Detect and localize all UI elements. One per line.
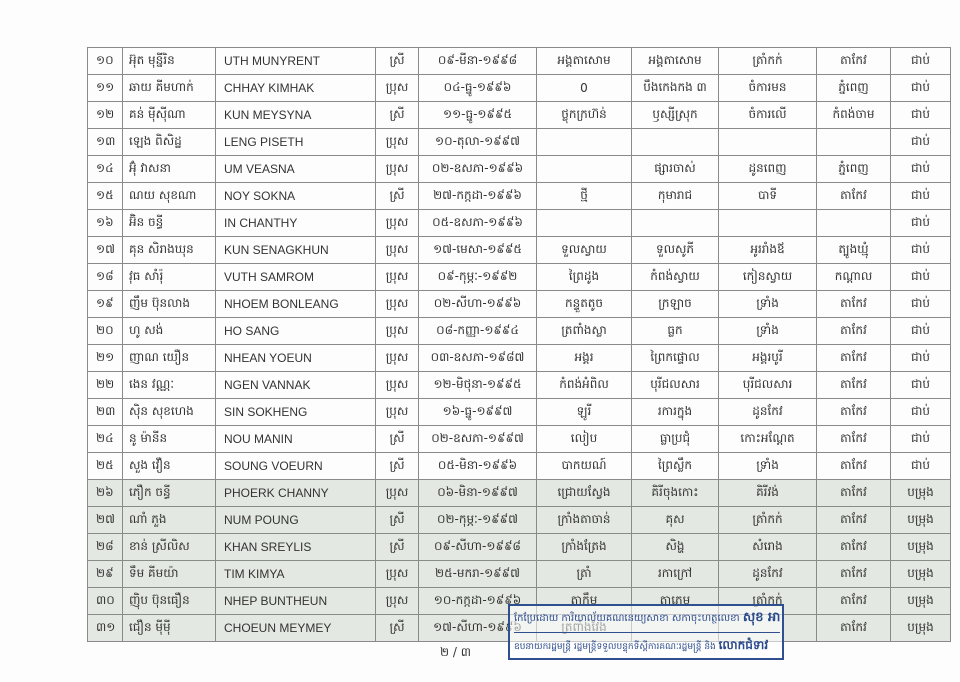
name-latin-cell: TIM KIMYA bbox=[216, 561, 376, 588]
row-number-cell: ១៩ bbox=[88, 291, 123, 318]
district-cell: ចំការមន bbox=[719, 75, 817, 102]
province-cell: តាកែវ bbox=[817, 534, 891, 561]
commune-cell: ឫស្សីស្រុក bbox=[632, 102, 719, 129]
village-cell: ព្រៃដូង bbox=[537, 264, 632, 291]
sex-cell: ស្រី bbox=[376, 183, 419, 210]
village-cell bbox=[537, 129, 632, 156]
result-status-cell: ជាប់ bbox=[891, 237, 951, 264]
district-cell: គិរីវង់ bbox=[719, 480, 817, 507]
sex-cell: ប្រុស bbox=[376, 75, 419, 102]
date-of-birth-cell: ១៧-មេសា-១៩៩៥ bbox=[419, 237, 537, 264]
province-cell: ត្បូងឃ្មុំ bbox=[817, 237, 891, 264]
name-khmer-cell: នូ ម៉ានីន bbox=[123, 426, 216, 453]
name-latin-cell: NHOEM BONLEANG bbox=[216, 291, 376, 318]
sex-cell: ស្រី bbox=[376, 48, 419, 75]
page-indicator: ២ / ៣ bbox=[440, 644, 471, 662]
date-of-birth-cell: ០៤-ធ្នូ-១៩៩៦ bbox=[419, 75, 537, 102]
province-cell bbox=[817, 210, 891, 237]
name-khmer-cell: ឆាយ គីមហាក់ bbox=[123, 75, 216, 102]
stamp-line-1-text: កែប្រែដោយ ការិយាល័យគណនេយ្យសាខា សកាចុះហត្… bbox=[514, 613, 740, 624]
row-number-cell: ១៨ bbox=[88, 264, 123, 291]
district-cell: អង្គរបូរី bbox=[719, 345, 817, 372]
name-khmer-cell: ហូ សង់ bbox=[123, 318, 216, 345]
village-cell: ថ្មី bbox=[537, 183, 632, 210]
name-latin-cell: SOUNG VOEURN bbox=[216, 453, 376, 480]
name-latin-cell: NHEP BUNTHEUN bbox=[216, 588, 376, 615]
table-row: ១៥ណយ សុខណាNOY SOKNAស្រី២៧-កក្កដា-១៩៩៦ថ្ម… bbox=[88, 183, 951, 210]
row-number-cell: ១៦ bbox=[88, 210, 123, 237]
province-cell: តាកែវ bbox=[817, 561, 891, 588]
sex-cell: ប្រុស bbox=[376, 291, 419, 318]
village-cell: ត្រាំ bbox=[537, 561, 632, 588]
province-cell: តាកែវ bbox=[817, 291, 891, 318]
row-number-cell: ២១ bbox=[88, 345, 123, 372]
sex-cell: ស្រី bbox=[376, 534, 419, 561]
result-status-cell: ជាប់ bbox=[891, 183, 951, 210]
name-khmer-cell: វុធ សាំរ៉ុ bbox=[123, 264, 216, 291]
name-latin-cell: KHAN SREYLIS bbox=[216, 534, 376, 561]
sex-cell: ប្រុស bbox=[376, 156, 419, 183]
name-khmer-cell: គន់ ម៉ីស៊ីណា bbox=[123, 102, 216, 129]
name-khmer-cell: ញាណ យឿន bbox=[123, 345, 216, 372]
table-row: ១១ឆាយ គីមហាក់CHHAY KIMHAKប្រុស០៤-ធ្នូ-១៩… bbox=[88, 75, 951, 102]
commune-cell: ធ្លាប្រជុំ bbox=[632, 426, 719, 453]
district-cell: ដូនកែវ bbox=[719, 399, 817, 426]
district-cell bbox=[719, 210, 817, 237]
stamp-title: លោកជំទាវ bbox=[719, 638, 769, 652]
village-cell: កំពង់អំពិល bbox=[537, 372, 632, 399]
sex-cell: ប្រុស bbox=[376, 372, 419, 399]
table-row: ២១ញាណ យឿនNHEAN YOEUNប្រុស០៣-ឧសភា-១៩៨៧អង្… bbox=[88, 345, 951, 372]
name-khmer-cell: ងេន វណ្ណៈ bbox=[123, 372, 216, 399]
row-number-cell: ១៥ bbox=[88, 183, 123, 210]
district-cell: ចំការលើ bbox=[719, 102, 817, 129]
village-cell: ត្រពាំងស្លា bbox=[537, 318, 632, 345]
commune-cell: ទួលសូភី bbox=[632, 237, 719, 264]
date-of-birth-cell: ០៨-កញ្ញា-១៩៩៤ bbox=[419, 318, 537, 345]
table-row: ២៤នូ ម៉ានីនNOU MANINស្រី០២-ឧសភា-១៩៩៧លៀបធ… bbox=[88, 426, 951, 453]
village-cell: លៀប bbox=[537, 426, 632, 453]
district-cell: ត្រាំកក់ bbox=[719, 48, 817, 75]
district-cell: អូររាំងឪ bbox=[719, 237, 817, 264]
sex-cell: ប្រុស bbox=[376, 561, 419, 588]
name-khmer-cell: ណយ សុខណា bbox=[123, 183, 216, 210]
name-latin-cell: LENG PISETH bbox=[216, 129, 376, 156]
table-row: ២០ហូ សង់HO SANGប្រុស០៨-កញ្ញា-១៩៩៤ត្រពាំង… bbox=[88, 318, 951, 345]
sex-cell: ស្រី bbox=[376, 507, 419, 534]
village-cell: ជ្រោយស្វែង bbox=[537, 480, 632, 507]
village-cell bbox=[537, 210, 632, 237]
sex-cell: ប្រុស bbox=[376, 588, 419, 615]
row-number-cell: ២៩ bbox=[88, 561, 123, 588]
commune-cell: សិង្ហ bbox=[632, 534, 719, 561]
province-cell: តាកែវ bbox=[817, 507, 891, 534]
village-cell: ក្រាំងតាចាន់ bbox=[537, 507, 632, 534]
village-cell: អង្គតាសោម bbox=[537, 48, 632, 75]
village-cell: ក្រាំងត្រែង bbox=[537, 534, 632, 561]
district-cell: បាទី bbox=[719, 183, 817, 210]
commune-cell: បឹងកេងកង ៣ bbox=[632, 75, 719, 102]
village-cell: បាកយណ៍ bbox=[537, 453, 632, 480]
province-cell: តាកែវ bbox=[817, 480, 891, 507]
row-number-cell: ២៧ bbox=[88, 507, 123, 534]
province-cell: តាកែវ bbox=[817, 48, 891, 75]
result-status-cell: ជាប់ bbox=[891, 345, 951, 372]
result-status-cell: បម្រុង bbox=[891, 534, 951, 561]
table-row: ១៩ញឹម ប៊ុនលាងNHOEM BONLEANGប្រុស០២-សីហា-… bbox=[88, 291, 951, 318]
result-status-cell: ជាប់ bbox=[891, 372, 951, 399]
sex-cell: ប្រុស bbox=[376, 318, 419, 345]
commune-cell: ក្រឡាច bbox=[632, 291, 719, 318]
date-of-birth-cell: ០៥-ឧសភា-១៩៩៦ bbox=[419, 210, 537, 237]
province-cell: តាកែវ bbox=[817, 183, 891, 210]
result-status-cell: ជាប់ bbox=[891, 102, 951, 129]
row-number-cell: ២៣ bbox=[88, 399, 123, 426]
name-latin-cell: CHHAY KIMHAK bbox=[216, 75, 376, 102]
name-latin-cell: UM VEASNA bbox=[216, 156, 376, 183]
name-khmer-cell: សួង វឿន bbox=[123, 453, 216, 480]
table-row: ២៩ទឹម គីមយ៉ាTIM KIMYAប្រុស២៥-មករា-១៩៩៧ត្… bbox=[88, 561, 951, 588]
table-row: ២៧ណាំ ភួងNUM POUNGស្រី០២-កុម្ភៈ-១៩៩៧ក្រា… bbox=[88, 507, 951, 534]
result-status-cell: បម្រុង bbox=[891, 588, 951, 615]
commune-cell: គិរីចុងកោះ bbox=[632, 480, 719, 507]
district-cell: ទ្រាំង bbox=[719, 318, 817, 345]
name-latin-cell: NOY SOKNA bbox=[216, 183, 376, 210]
district-cell: ដូនកែវ bbox=[719, 561, 817, 588]
stamp-signatory-name: សុខ អានិ bbox=[743, 610, 780, 625]
result-status-cell: ជាប់ bbox=[891, 453, 951, 480]
name-khmer-cell: ញឹម ប៊ុនលាង bbox=[123, 291, 216, 318]
village-cell bbox=[537, 156, 632, 183]
village-cell: កន្ទួតតូច bbox=[537, 291, 632, 318]
table-row: ១៧គុន សិរាងឃុនKUN SENAGKHUNប្រុស១៧-មេសា-… bbox=[88, 237, 951, 264]
name-latin-cell: UTH MUNYRENT bbox=[216, 48, 376, 75]
table-row: ២៣ស៊ិន សុខហេងSIN SOKHENGប្រុស១៦-ធ្នូ-១៩៩… bbox=[88, 399, 951, 426]
name-latin-cell: SIN SOKHENG bbox=[216, 399, 376, 426]
result-status-cell: ជាប់ bbox=[891, 291, 951, 318]
sex-cell: ប្រុស bbox=[376, 345, 419, 372]
commune-cell: រកាក្រៅ bbox=[632, 561, 719, 588]
stamp-line-2: ឧបនាយករដ្ឋមន្ត្រី រដ្ឋមន្ត្រីទទួលបន្ទុកទ… bbox=[514, 637, 780, 655]
result-status-cell: ជាប់ bbox=[891, 426, 951, 453]
name-latin-cell: KUN SENAGKHUN bbox=[216, 237, 376, 264]
sex-cell: ប្រុស bbox=[376, 210, 419, 237]
village-cell: ទួលស្វាយ bbox=[537, 237, 632, 264]
result-status-cell: ជាប់ bbox=[891, 318, 951, 345]
province-cell: ភ្នំពេញ bbox=[817, 75, 891, 102]
name-khmer-cell: ឡេង ពិសិដ្ឋ bbox=[123, 129, 216, 156]
row-number-cell: ២៤ bbox=[88, 426, 123, 453]
row-number-cell: ៣១ bbox=[88, 615, 123, 642]
table-row: ១៣ឡេង ពិសិដ្ឋLENG PISETHប្រុស១០-តុលា-១៩៩… bbox=[88, 129, 951, 156]
date-of-birth-cell: ០៩-កុម្ភៈ-១៩៩២ bbox=[419, 264, 537, 291]
result-status-cell: ជាប់ bbox=[891, 48, 951, 75]
name-latin-cell: IN CHANTHY bbox=[216, 210, 376, 237]
result-status-cell: ជាប់ bbox=[891, 75, 951, 102]
commune-cell: ព្រៃស្លឹក bbox=[632, 453, 719, 480]
result-status-cell: បម្រុង bbox=[891, 480, 951, 507]
province-cell: តាកែវ bbox=[817, 588, 891, 615]
candidate-table: ១០អ៊ុត មុន្នីរិនUTH MUNYRENTស្រី០៩-មីនា-… bbox=[87, 47, 951, 642]
province-cell: តាកែវ bbox=[817, 399, 891, 426]
district-cell: ទ្រាំង bbox=[719, 291, 817, 318]
name-khmer-cell: ទឹម គីមយ៉ា bbox=[123, 561, 216, 588]
district-cell: កៀនស្វាយ bbox=[719, 264, 817, 291]
village-cell: អង្គរ bbox=[537, 345, 632, 372]
name-latin-cell: NHEAN YOEUN bbox=[216, 345, 376, 372]
commune-cell bbox=[632, 210, 719, 237]
name-latin-cell: PHOERK CHANNY bbox=[216, 480, 376, 507]
stamp-line-1: កែប្រែដោយ ការិយាល័យគណនេយ្យសាខា សកាចុះហត្… bbox=[514, 609, 780, 633]
name-latin-cell: VUTH SAMROM bbox=[216, 264, 376, 291]
name-khmer-cell: អ៊ុំ វាសនា bbox=[123, 156, 216, 183]
name-latin-cell: NGEN VANNAK bbox=[216, 372, 376, 399]
row-number-cell: ១២ bbox=[88, 102, 123, 129]
province-cell: តាកែវ bbox=[817, 372, 891, 399]
district-cell bbox=[719, 129, 817, 156]
village-cell: 0 bbox=[537, 75, 632, 102]
document-page: ១០អ៊ុត មុន្នីរិនUTH MUNYRENTស្រី០៩-មីនា-… bbox=[0, 0, 960, 682]
name-khmer-cell: ស៊ិន សុខហេង bbox=[123, 399, 216, 426]
name-khmer-cell: ភឿក ចន្ធី bbox=[123, 480, 216, 507]
table-row: ១៤អ៊ុំ វាសនាUM VEASNAប្រុស០២-ឧសភា-១៩៩៦ផ្… bbox=[88, 156, 951, 183]
name-khmer-cell: អ៊ុត មុន្នីរិន bbox=[123, 48, 216, 75]
province-cell: តាកែវ bbox=[817, 318, 891, 345]
result-status-cell: ជាប់ bbox=[891, 129, 951, 156]
row-number-cell: ១០ bbox=[88, 48, 123, 75]
name-latin-cell: NUM POUNG bbox=[216, 507, 376, 534]
province-cell: តាកែវ bbox=[817, 615, 891, 642]
village-cell: ថ្លុកក្រហ៊ន់ bbox=[537, 102, 632, 129]
sex-cell: ប្រុស bbox=[376, 480, 419, 507]
commune-cell: ផ្សារចាស់ bbox=[632, 156, 719, 183]
sex-cell: ស្រី bbox=[376, 615, 419, 642]
row-number-cell: ១៣ bbox=[88, 129, 123, 156]
district-cell: បុរីជលសារ bbox=[719, 372, 817, 399]
date-of-birth-cell: ០២-សីហា-១៩៩៦ bbox=[419, 291, 537, 318]
date-of-birth-cell: ០២-ឧសភា-១៩៩៦ bbox=[419, 156, 537, 183]
province-cell bbox=[817, 129, 891, 156]
row-number-cell: ២៨ bbox=[88, 534, 123, 561]
district-cell: ដូនពេញ bbox=[719, 156, 817, 183]
district-cell: ត្រាំកក់ bbox=[719, 507, 817, 534]
date-of-birth-cell: ០២-កុម្ភៈ-១៩៩៧ bbox=[419, 507, 537, 534]
sex-cell: ស្រី bbox=[376, 453, 419, 480]
name-latin-cell: CHOEUN MEYMEY bbox=[216, 615, 376, 642]
province-cell: តាកែវ bbox=[817, 426, 891, 453]
province-cell: ភ្នំពេញ bbox=[817, 156, 891, 183]
date-of-birth-cell: ០៦-មិនា-១៩៩៧ bbox=[419, 480, 537, 507]
row-number-cell: ២៦ bbox=[88, 480, 123, 507]
result-status-cell: ជាប់ bbox=[891, 210, 951, 237]
name-khmer-cell: ខាន់ ស្រីលិស bbox=[123, 534, 216, 561]
date-of-birth-cell: ១១-ធ្នូ-១៩៩៥ bbox=[419, 102, 537, 129]
commune-cell: កុមារាជ bbox=[632, 183, 719, 210]
commune-cell: កំពង់ស្វាយ bbox=[632, 264, 719, 291]
sex-cell: ប្រុស bbox=[376, 264, 419, 291]
name-khmer-cell: គុន សិរាងឃុន bbox=[123, 237, 216, 264]
sex-cell: ប្រុស bbox=[376, 399, 419, 426]
result-status-cell: ជាប់ bbox=[891, 156, 951, 183]
row-number-cell: ១១ bbox=[88, 75, 123, 102]
row-number-cell: ២៥ bbox=[88, 453, 123, 480]
table-body: ១០អ៊ុត មុន្នីរិនUTH MUNYRENTស្រី០៩-មីនា-… bbox=[88, 48, 951, 642]
result-status-cell: ជាប់ bbox=[891, 399, 951, 426]
table-row: ២២ងេន វណ្ណៈNGEN VANNAKប្រុស១២-មិថុនា-១៩៩… bbox=[88, 372, 951, 399]
result-status-cell: បម្រុង bbox=[891, 507, 951, 534]
commune-cell: ព្រៃកផ្ទោល bbox=[632, 345, 719, 372]
table-row: ២៦ភឿក ចន្ធីPHOERK CHANNYប្រុស០៦-មិនា-១៩៩… bbox=[88, 480, 951, 507]
district-cell: សំរោង bbox=[719, 534, 817, 561]
commune-cell: រការក្នុង bbox=[632, 399, 719, 426]
date-of-birth-cell: ០៣-ឧសភា-១៩៨៧ bbox=[419, 345, 537, 372]
row-number-cell: ២០ bbox=[88, 318, 123, 345]
date-of-birth-cell: ២៥-មករា-១៩៩៧ bbox=[419, 561, 537, 588]
name-latin-cell: NOU MANIN bbox=[216, 426, 376, 453]
result-status-cell: បម្រុង bbox=[891, 561, 951, 588]
table-row: ១៨វុធ សាំរ៉ុVUTH SAMROMប្រុស០៩-កុម្ភៈ-១៩… bbox=[88, 264, 951, 291]
province-cell: តាកែវ bbox=[817, 453, 891, 480]
result-status-cell: បម្រុង bbox=[891, 615, 951, 642]
name-latin-cell: HO SANG bbox=[216, 318, 376, 345]
sex-cell: ស្រី bbox=[376, 102, 419, 129]
name-khmer-cell: អ៊ិន ចន្ធី bbox=[123, 210, 216, 237]
commune-cell: បុរីជលសារ bbox=[632, 372, 719, 399]
table-row: ១៦អ៊ិន ចន្ធីIN CHANTHYប្រុស០៥-ឧសភា-១៩៩៦ជ… bbox=[88, 210, 951, 237]
name-latin-cell: KUN MEYSYNA bbox=[216, 102, 376, 129]
sex-cell: ប្រុស bbox=[376, 237, 419, 264]
district-cell: ទ្រាំង bbox=[719, 453, 817, 480]
table-row: ១០អ៊ុត មុន្នីរិនUTH MUNYRENTស្រី០៩-មីនា-… bbox=[88, 48, 951, 75]
date-of-birth-cell: ១២-មិថុនា-១៩៩៥ bbox=[419, 372, 537, 399]
date-of-birth-cell: ០៩-សីហា-១៩៩៨ bbox=[419, 534, 537, 561]
result-status-cell: ជាប់ bbox=[891, 264, 951, 291]
province-cell: កំពង់ចាម bbox=[817, 102, 891, 129]
table-row: ២៥សួង វឿនSOUNG VOEURNស្រី០៥-មិនា-១៩៩៦បាក… bbox=[88, 453, 951, 480]
official-stamp: កែប្រែដោយ ការិយាល័យគណនេយ្យសាខា សកាចុះហត្… bbox=[508, 604, 784, 660]
name-khmer-cell: ញ៉ិប ប៊ុនធឿន bbox=[123, 588, 216, 615]
district-cell: កោះអណ្ដែត bbox=[719, 426, 817, 453]
name-khmer-cell: ណាំ ភួង bbox=[123, 507, 216, 534]
row-number-cell: ៣០ bbox=[88, 588, 123, 615]
commune-cell: គុស bbox=[632, 507, 719, 534]
date-of-birth-cell: ០២-ឧសភា-១៩៩៧ bbox=[419, 426, 537, 453]
commune-cell: ធ្លក bbox=[632, 318, 719, 345]
date-of-birth-cell: ០៩-មីនា-១៩៩៨ bbox=[419, 48, 537, 75]
commune-cell: អង្គតាសោម bbox=[632, 48, 719, 75]
table-row: ២៨ខាន់ ស្រីលិសKHAN SREYLISស្រី០៩-សីហា-១៩… bbox=[88, 534, 951, 561]
sex-cell: ប្រុស bbox=[376, 129, 419, 156]
date-of-birth-cell: ០៥-មិនា-១៩៩៦ bbox=[419, 453, 537, 480]
village-cell: ឡូរី bbox=[537, 399, 632, 426]
stamp-line-2-text: ឧបនាយករដ្ឋមន្ត្រី រដ្ឋមន្ត្រីទទួលបន្ទុកទ… bbox=[514, 642, 716, 652]
date-of-birth-cell: ២៧-កក្កដា-១៩៩៦ bbox=[419, 183, 537, 210]
province-cell: កណ្ដាល bbox=[817, 264, 891, 291]
commune-cell bbox=[632, 129, 719, 156]
row-number-cell: ១៧ bbox=[88, 237, 123, 264]
province-cell: តាកែវ bbox=[817, 345, 891, 372]
name-khmer-cell: ជឿន ម៉ីម៉ី bbox=[123, 615, 216, 642]
sex-cell: ស្រី bbox=[376, 426, 419, 453]
row-number-cell: ២២ bbox=[88, 372, 123, 399]
row-number-cell: ១៤ bbox=[88, 156, 123, 183]
date-of-birth-cell: ១០-តុលា-១៩៩៧ bbox=[419, 129, 537, 156]
table-row: ១២គន់ ម៉ីស៊ីណាKUN MEYSYNAស្រី១១-ធ្នូ-១៩៩… bbox=[88, 102, 951, 129]
date-of-birth-cell: ១៦-ធ្នូ-១៩៩៧ bbox=[419, 399, 537, 426]
